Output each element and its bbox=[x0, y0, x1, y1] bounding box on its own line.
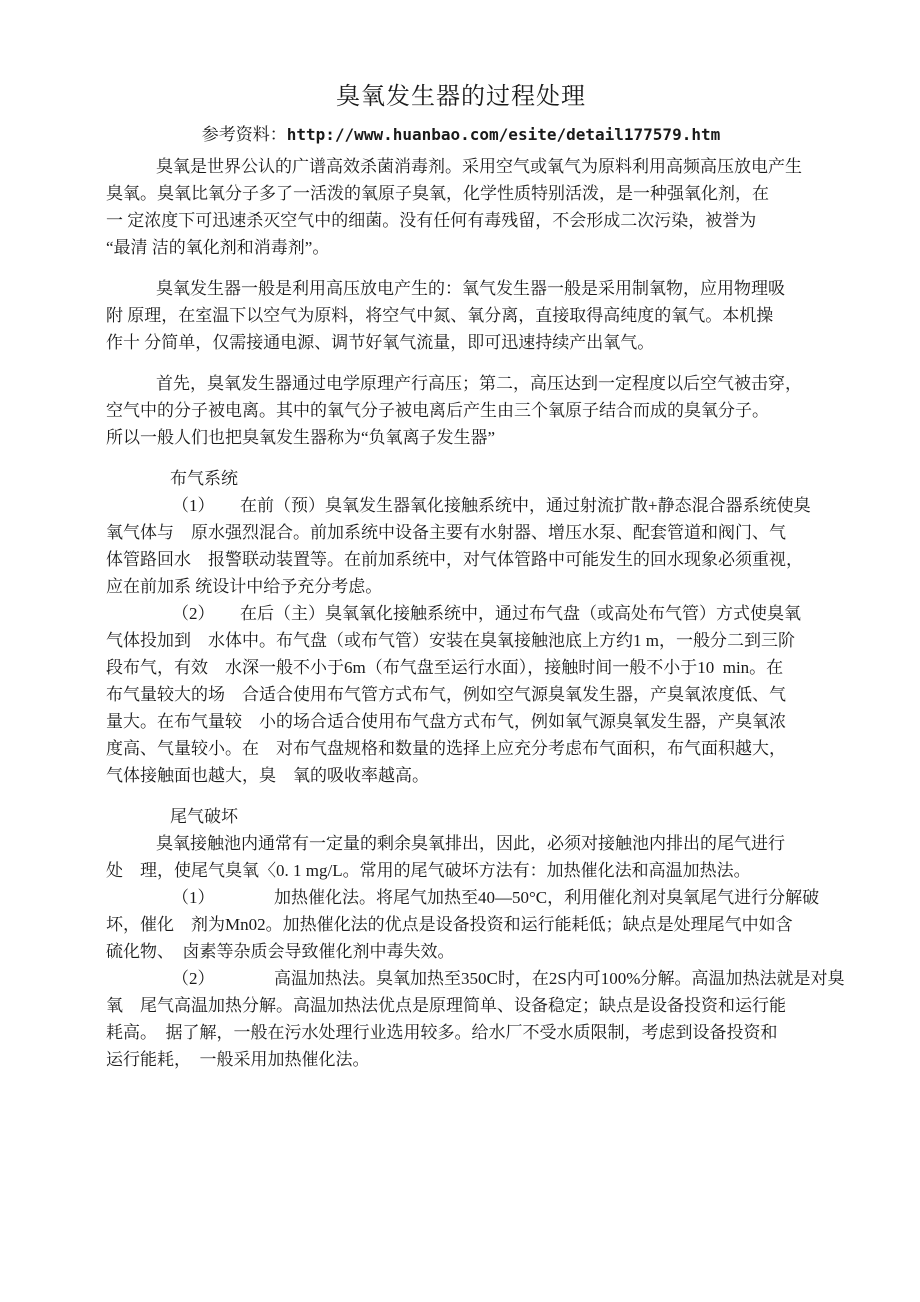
text-line: 作十 分简单，仅需接通电源、调节好氧气流量，即可迅速持续产出氧气。 bbox=[106, 329, 816, 356]
text-line: “最清 洁的氧化剂和消毒剂”。 bbox=[106, 234, 816, 261]
text-line: 体管路回水 报警联动装置等。在前加系统中，对气体管路中可能发生的回水现象必须重视… bbox=[106, 546, 816, 573]
paragraph: 臭氧接触池内通常有一定量的剩余臭氧排出，因此，必须对接触池内排出的尾气进行处 理… bbox=[106, 830, 816, 884]
text-line: 应在前加系 统设计中给予充分考虑。 bbox=[106, 573, 816, 600]
document-blocks: 臭氧是世界公认的广谱高效杀菌消毒剂。采用空气或氧气为原料利用高频高压放电产生臭氧… bbox=[106, 153, 816, 1073]
text-line: 臭氧接触池内通常有一定量的剩余臭氧排出，因此，必须对接触池内排出的尾气进行 bbox=[106, 830, 816, 857]
text-line: 布气量较大的场 合适合使用布气管方式布气，例如空气源臭氧发生器，产臭氧浓度低、气 bbox=[106, 681, 816, 708]
text-line: （2） 在后（主）臭氧氧化接触系统中，通过布气盘（或高处布气管）方式使臭氧 bbox=[106, 600, 816, 627]
text-line: （1） 加热催化法。将尾气加热至40—50°C，利用催化剂对臭氧尾气进行分解破 bbox=[106, 884, 816, 911]
paragraph: 臭氧是世界公认的广谱高效杀菌消毒剂。采用空气或氧气为原料利用高频高压放电产生臭氧… bbox=[106, 153, 816, 261]
paragraph: （1） 加热催化法。将尾气加热至40—50°C，利用催化剂对臭氧尾气进行分解破坏… bbox=[106, 884, 816, 965]
reference-url: http://www.huanbao.com/esite/detail17757… bbox=[287, 125, 720, 144]
text-line: 耗高。 据了解，一般在污水处理行业选用较多。给水厂不受水质限制，考虑到设备投资和 bbox=[106, 1019, 816, 1046]
text-line: 氧气体与 原水强烈混合。前加系统中设备主要有水射器、增压水泵、配套管道和阀门、气 bbox=[106, 519, 816, 546]
reference-label: 参考资料： bbox=[202, 125, 287, 144]
text-line: 空气中的分子被电离。其中的氧气分子被电离后产生由三个氧原子结合而成的臭氧分子。 bbox=[106, 397, 816, 424]
text-line: 附 原理，在室温下以空气为原料，将空气中氮、氧分离，直接取得高纯度的氧气。本机操 bbox=[106, 302, 816, 329]
text-line: 一 定浓度下可迅速杀灭空气中的细菌。没有任何有毒残留，不会形成二次污染，被誉为 bbox=[106, 207, 816, 234]
text-line: 气体接触面也越大，臭 氧的吸收率越高。 bbox=[106, 762, 816, 789]
paragraph: 臭氧发生器一般是利用高压放电产生的：氧气发生器一般是采用制氧物，应用物理吸附 原… bbox=[106, 275, 816, 356]
text-line: 量大。在布气量较 小的场合适合使用布气盘方式布气，例如氧气源臭氧发生器，产臭氧浓 bbox=[106, 708, 816, 735]
text-line: 硫化物、 卤素等杂质会导致催化剂中毒失效。 bbox=[106, 938, 816, 965]
text-line: 臭氧。臭氧比氧分子多了一活泼的氧原子臭氧，化学性质特别活泼，是一种强氧化剂，在 bbox=[106, 180, 816, 207]
text-line: 首先，臭氧发生器通过电学原理产行高压；第二，高压达到一定程度以后空气被击穿， bbox=[106, 370, 816, 397]
paragraph: 首先，臭氧发生器通过电学原理产行高压；第二，高压达到一定程度以后空气被击穿，空气… bbox=[106, 370, 816, 451]
reference-line: 参考资料：http://www.huanbao.com/esite/detail… bbox=[106, 123, 816, 147]
text-line: 处 理，使尾气臭氧〈0. 1 mg/L。常用的尾气破坏方法有：加热催化法和高温加… bbox=[106, 857, 816, 884]
text-line: 所以一般人们也把臭氧发生器称为“负氧离子发生器” bbox=[106, 424, 816, 451]
page-title: 臭氧发生器的过程处理 bbox=[106, 82, 816, 112]
text-line: 坏，催化 剂为Mn02。加热催化法的优点是设备投资和运行能耗低；缺点是处理尾气中… bbox=[106, 911, 816, 938]
document-page: 臭氧发生器的过程处理 参考资料：http://www.huanbao.com/e… bbox=[0, 0, 920, 1073]
text-line: 臭氧是世界公认的广谱高效杀菌消毒剂。采用空气或氧气为原料利用高频高压放电产生 bbox=[106, 153, 816, 180]
paragraph: （2） 在后（主）臭氧氧化接触系统中，通过布气盘（或高处布气管）方式使臭氧气体投… bbox=[106, 600, 816, 789]
text-line: （2） 高温加热法。臭氧加热至350C时，在2S内可100%分解。高温加热法就是… bbox=[106, 965, 816, 992]
section-heading: 尾气破坏 bbox=[106, 803, 816, 830]
text-line: （1） 在前（预）臭氧发生器氧化接触系统中，通过射流扩散+静态混合器系统使臭 bbox=[106, 492, 816, 519]
paragraph: （2） 高温加热法。臭氧加热至350C时，在2S内可100%分解。高温加热法就是… bbox=[106, 965, 816, 1073]
text-line: 运行能耗， 一般采用加热催化法。 bbox=[106, 1046, 816, 1073]
paragraph: （1） 在前（预）臭氧发生器氧化接触系统中，通过射流扩散+静态混合器系统使臭氧气… bbox=[106, 492, 816, 600]
section-heading: 布气系统 bbox=[106, 465, 816, 492]
text-line: 段布气，有效 水深一般不小于6m（布气盘至运行水面），接触时间一般不小于10 m… bbox=[106, 654, 816, 681]
text-line: 气体投加到 水体中。布气盘（或布气管）安装在臭氧接触池底上方约1 m，一般分二到… bbox=[106, 627, 816, 654]
text-line: 氧 尾气高温加热分解。高温加热法优点是原理简单、设备稳定；缺点是设备投资和运行能 bbox=[106, 992, 816, 1019]
text-line: 臭氧发生器一般是利用高压放电产生的：氧气发生器一般是采用制氧物，应用物理吸 bbox=[106, 275, 816, 302]
text-line: 度高、气量较小。在 对布气盘规格和数量的选择上应充分考虑布气面积，布气面积越大， bbox=[106, 735, 816, 762]
